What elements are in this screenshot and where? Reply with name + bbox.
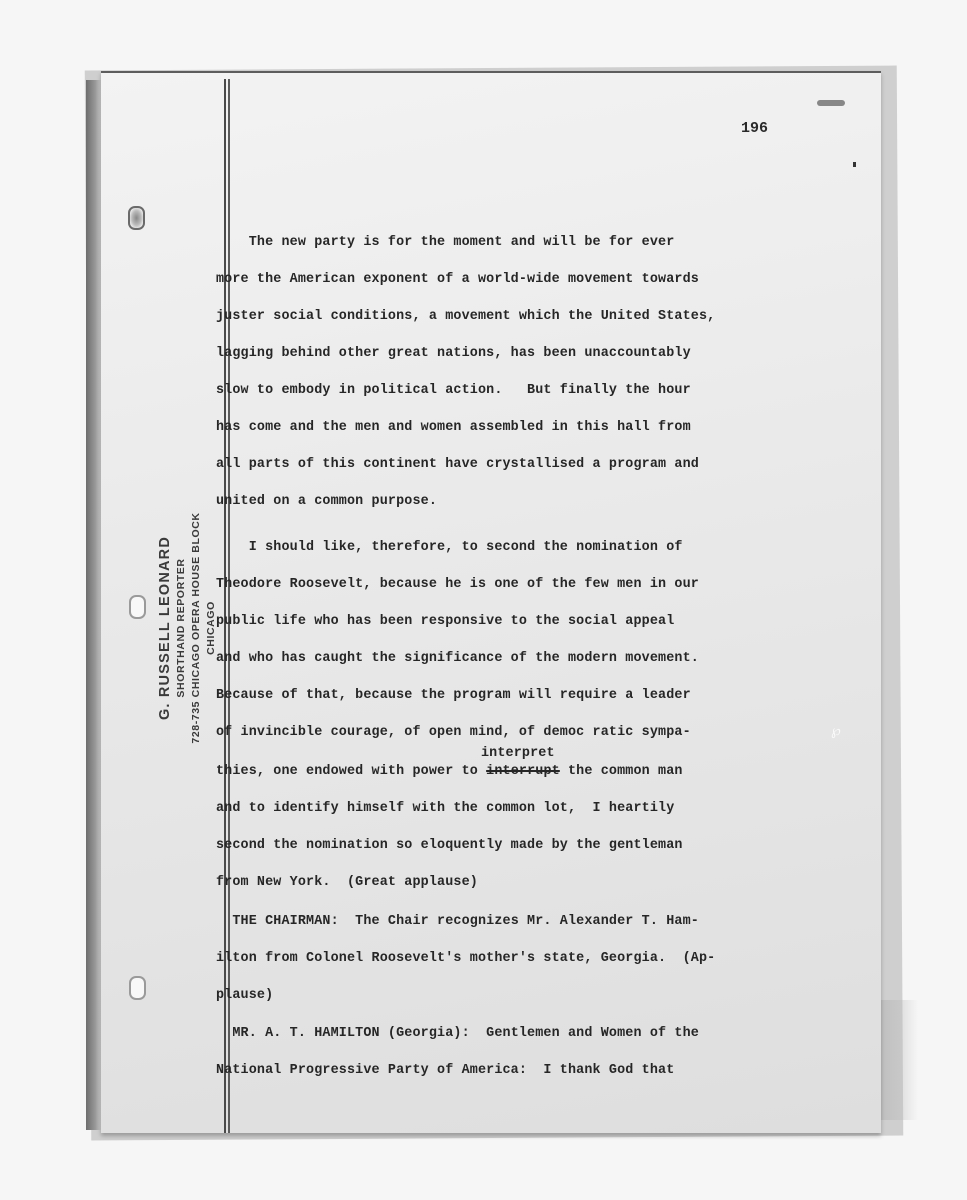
text-line: thies, one endowed with power to interru… (216, 762, 683, 782)
pencil-tick-mark (853, 162, 856, 167)
struck-word: interrupt (486, 764, 560, 779)
text-line: and who has caught the significance of t… (216, 649, 699, 669)
text-line: THE CHAIRMAN: The Chair recognizes Mr. A… (216, 912, 699, 932)
text-line: has come and the men and women assembled… (216, 418, 691, 438)
text-line: united on a common purpose. (216, 492, 437, 512)
text-line: plause) (216, 986, 273, 1006)
text-line: I should like, therefore, to second the … (216, 538, 683, 558)
text-line: and to identify himself with the common … (216, 799, 674, 819)
text-line: Theodore Roosevelt, because he is one of… (216, 575, 699, 595)
page-number: 196 (741, 120, 768, 137)
text-line: lagging behind other great nations, has … (216, 344, 691, 364)
text-line: National Progressive Party of America: I… (216, 1061, 674, 1081)
margin-doodle-icon: ℘ (831, 723, 841, 740)
punch-hole-middle-icon (129, 595, 146, 619)
reporter-name: G. RUSSELL LEONARD (156, 478, 174, 778)
reporter-letterhead: G. RUSSELL LEONARD SHORTHAND REPORTER 72… (156, 478, 219, 778)
text-line: second the nomination so eloquently made… (216, 836, 683, 856)
text-line: all parts of this continent have crystal… (216, 455, 699, 475)
page-edge-shadow (86, 80, 102, 1130)
punch-hole-top-icon (128, 206, 145, 230)
ink-smudge (817, 100, 845, 106)
text-line: Because of that, because the program wil… (216, 686, 691, 706)
typescript-page: G. RUSSELL LEONARD SHORTHAND REPORTER 72… (101, 71, 881, 1133)
text-line: slow to embody in political action. But … (216, 381, 691, 401)
text-line: juster social conditions, a movement whi… (216, 307, 715, 327)
reporter-address: 728-735 CHICAGO OPERA HOUSE BLOCK (189, 478, 204, 778)
text-line: more the American exponent of a world-wi… (216, 270, 699, 290)
interlinear-correction: interpret (481, 746, 555, 761)
text-line: MR. A. T. HAMILTON (Georgia): Gentlemen … (216, 1024, 699, 1044)
text-line: from New York. (Great applause) (216, 873, 478, 893)
text-line: ilton from Colonel Roosevelt's mother's … (216, 949, 715, 969)
text-line: public life who has been responsive to t… (216, 612, 674, 632)
text-line: of invincible courage, of open mind, of … (216, 723, 691, 743)
reporter-title: SHORTHAND REPORTER (174, 478, 189, 778)
punch-hole-bottom-icon (129, 976, 146, 1000)
text-line: The new party is for the moment and will… (216, 233, 674, 253)
